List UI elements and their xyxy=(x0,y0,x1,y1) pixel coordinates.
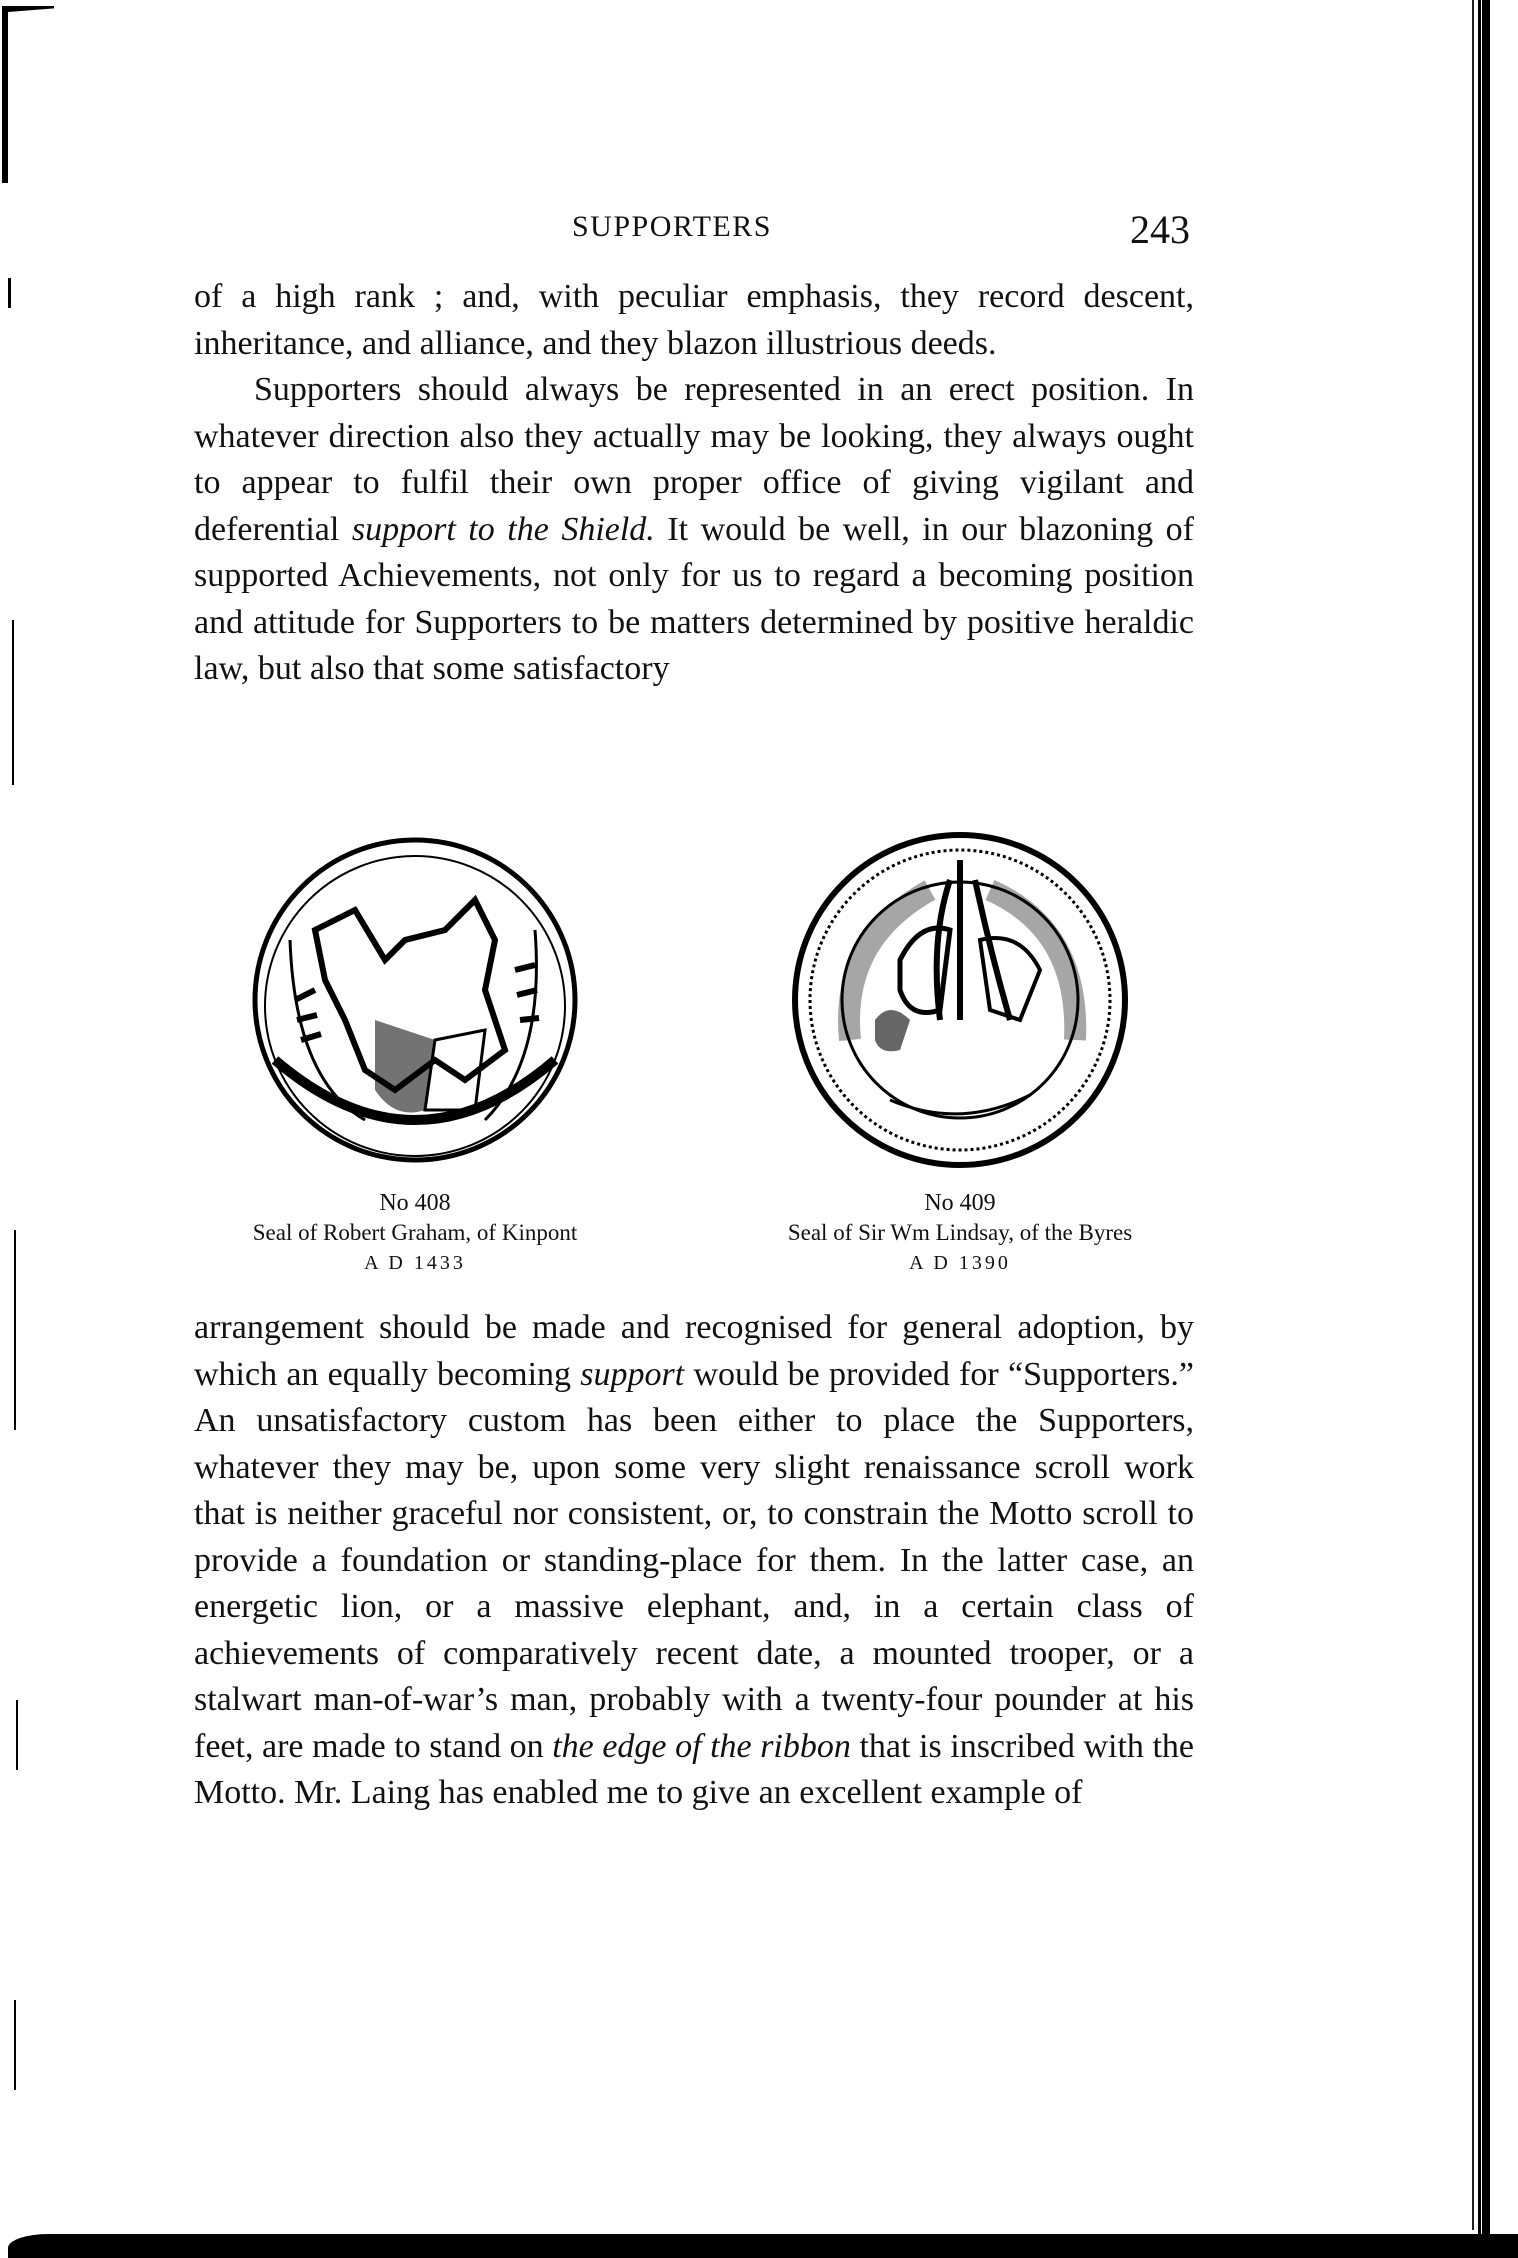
scan-mark xyxy=(12,620,14,785)
scan-edge-left xyxy=(2,8,8,183)
figure-caption: Seal of Robert Graham, of Kinpont xyxy=(185,1218,645,1248)
scan-edge-bottom xyxy=(8,2234,1518,2258)
scan-edge-top-left xyxy=(2,6,54,12)
paragraph: of a high rank ; and, with peculiar emph… xyxy=(194,274,1194,367)
seal-engraving-icon xyxy=(780,820,1140,1180)
paragraph: arrangement should be made and recognise… xyxy=(194,1305,1194,1817)
figure-408: No 408 Seal of Robert Graham, of Kinpont… xyxy=(185,820,645,1278)
italic-text: support to the Shield. xyxy=(352,511,655,548)
page-number: 243 xyxy=(1130,206,1190,253)
seal-engraving-icon xyxy=(235,820,595,1180)
figure-number: No 408 xyxy=(185,1188,645,1218)
figure-date: A D 1390 xyxy=(700,1248,1220,1278)
scan-mark xyxy=(16,1700,18,1770)
figure-caption: Seal of Sir Wm Lindsay, of the Byres xyxy=(700,1218,1220,1248)
italic-text: the edge of the ribbon xyxy=(552,1728,851,1765)
paragraph-text: would be provided for “Supporters.” An u… xyxy=(194,1356,1194,1765)
figure-409: No 409 Seal of Sir Wm Lindsay, of the By… xyxy=(700,820,1220,1278)
scan-edge-right-thin xyxy=(1472,0,1474,2230)
figure-number: No 409 xyxy=(700,1188,1220,1218)
text-block-bottom: arrangement should be made and recognise… xyxy=(194,1305,1194,1817)
scan-edge-right xyxy=(1478,0,1490,2240)
figure-date: A D 1433 xyxy=(185,1248,645,1278)
running-title: SUPPORTERS xyxy=(572,210,772,244)
scan-mark xyxy=(14,2000,16,2090)
scan-mark xyxy=(14,1230,16,1430)
text-block-top: of a high rank ; and, with peculiar emph… xyxy=(194,274,1194,693)
paragraph: Supporters should always be represented … xyxy=(194,367,1194,693)
italic-text: support xyxy=(580,1356,684,1393)
scan-mark xyxy=(8,278,11,308)
